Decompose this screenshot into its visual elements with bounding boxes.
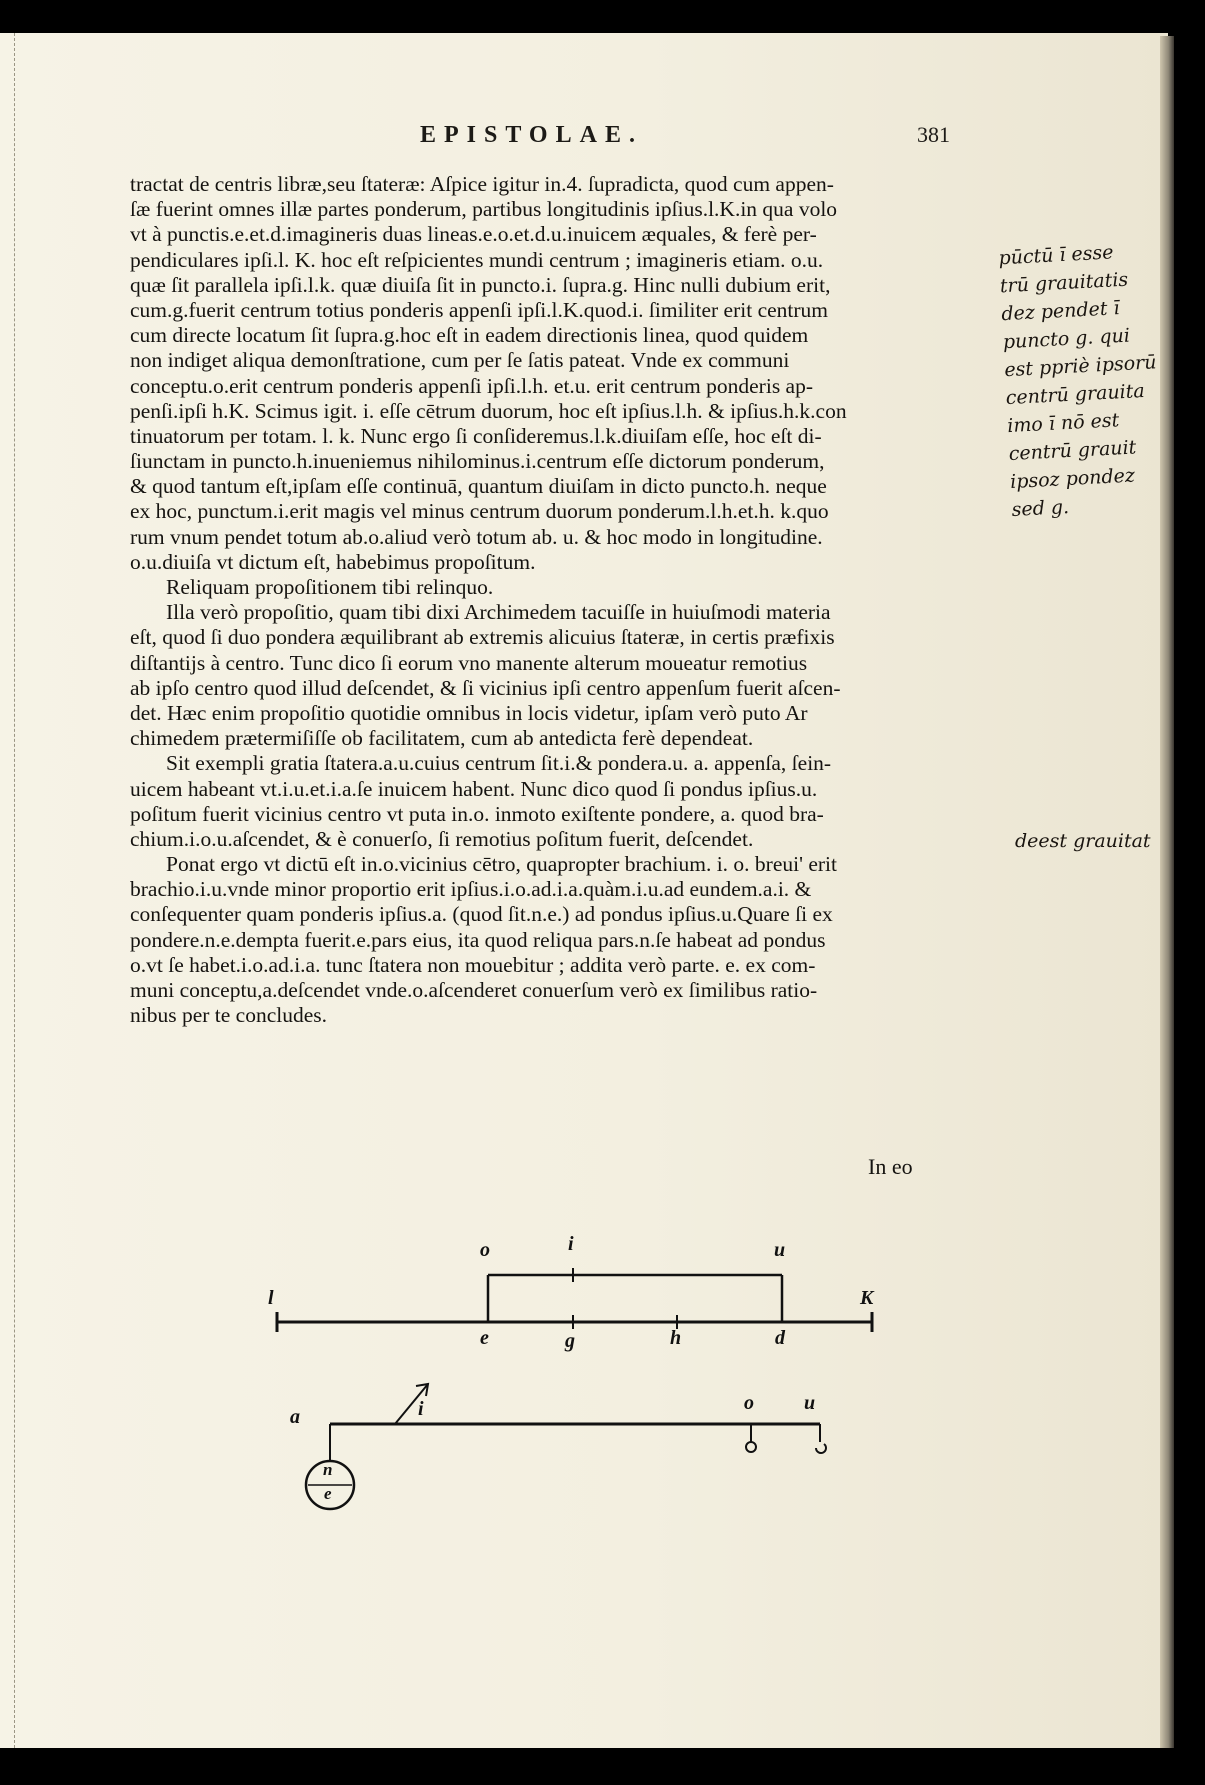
text-line: chium.i.o.u.aſcendet, & è conuerſo, ſi r… — [130, 827, 990, 852]
text-line: diſtantijs à centro. Tunc dico ſi eorum … — [130, 651, 990, 676]
text-line: ſæ fuerint omnes illæ partes ponderum, p… — [130, 197, 990, 222]
text-line: nibus per te concludes. — [130, 1003, 990, 1028]
text-line: poſitum fuerit vicinius centro vt puta i… — [130, 802, 990, 827]
text-line: ex hoc, punctum.i.erit magis vel minus c… — [130, 499, 990, 524]
text-line: ab ipſo centro quod illud deſcendet, & ſ… — [130, 676, 990, 701]
paragraph-reliquam: Reliquam propoſitionem tibi relinquo. — [130, 575, 990, 600]
text-line: cum directe locatum ſit ſupra.g.hoc eſt … — [130, 323, 990, 348]
text-line: brachio.i.u.vnde minor proportio erit ip… — [130, 877, 990, 902]
text-line: eſt, quod ſi duo pondera æquilibrant ab … — [130, 625, 990, 650]
text-line: cum.g.fuerit centrum totius ponderis app… — [130, 298, 990, 323]
text-line: quæ ſit parallela ipſi.l.k. quæ diuiſa ſ… — [130, 273, 990, 298]
text-line: tractat de centris libræ,seu ſtateræ: Aſ… — [130, 172, 990, 197]
text-line: conſequenter quam ponderis ipſius.a. (qu… — [130, 902, 990, 927]
label-a: a — [290, 1406, 300, 1429]
text-line: uicem habeant vt.i.u.et.i.a.ſe inuicem h… — [130, 777, 990, 802]
label-i: i — [418, 1398, 424, 1421]
page-fore-edge — [1160, 36, 1174, 1748]
running-title: EPISTOLAE. — [420, 122, 643, 149]
text-line: vt à punctis.e.et.d.imagineris duas line… — [130, 222, 990, 247]
label-e: e — [324, 1484, 332, 1504]
label-i: i — [568, 1233, 574, 1256]
handwritten-marginal-note: pūctū ī esse trū grauitatis dez pendet ī… — [998, 236, 1172, 524]
text-line: Sit exempli gratia ſtatera.a.u.cuius cen… — [130, 751, 990, 776]
text-line: det. Hæc enim propoſitio quotidie omnibu… — [130, 701, 990, 726]
text-line: Illa verò propoſitio, quam tibi dixi Arc… — [130, 600, 990, 625]
text-line: muni conceptu,a.deſcendet vnde.o.aſcende… — [130, 978, 990, 1003]
text-line: tinuatorum per totam. l. k. Nunc ergo ſi… — [130, 424, 990, 449]
steelyard-diagram-lines — [300, 1380, 860, 1530]
label-o: o — [744, 1392, 754, 1415]
label-u: u — [804, 1392, 815, 1415]
text-line: rum vnum pendet totum ab.o.aliud verò to… — [130, 525, 990, 550]
label-o: o — [480, 1239, 490, 1262]
text-line: conceptu.o.erit centrum ponderis appenſi… — [130, 374, 990, 399]
body-text: tractat de centris libræ,seu ſtateræ: Aſ… — [130, 172, 990, 1028]
text-line: ſiunctam in puncto.h.inueniemus nihilomi… — [130, 449, 990, 474]
text-line: o.u.diuiſa vt dictum eſt, habebimus prop… — [130, 550, 990, 575]
figure-steelyard-diagram: a i o u n e — [300, 1380, 860, 1530]
text-line: & quod tantum eſt,ipſam eſſe continuā, q… — [130, 474, 990, 499]
label-k: K — [860, 1287, 873, 1310]
running-head: EPISTOLAE. 381 — [360, 122, 1000, 156]
page-number: 381 — [917, 122, 950, 148]
text-line: Ponat ergo vt dictū eſt in.o.vicinius cē… — [130, 852, 990, 877]
text-line: pendiculares ipſi.l. K. hoc eſt reſpicie… — [130, 248, 990, 273]
label-l: l — [268, 1287, 274, 1310]
label-g: g — [565, 1330, 575, 1353]
label-d: d — [775, 1327, 785, 1350]
text-line: o.vt ſe habet.i.o.ad.i.a. tunc ſtatera n… — [130, 953, 990, 978]
figure-balance-diagram: l K e g h d o i u — [260, 1235, 880, 1355]
text-line: non indiget aliqua demonſtratione, cum p… — [130, 348, 990, 373]
text-line: penſi.ipſi h.K. Scimus igit. i. eſſe cēt… — [130, 399, 990, 424]
binding-edge — [14, 33, 23, 1748]
text-line: pondere.n.e.dempta fuerit.e.pars eius, i… — [130, 928, 990, 953]
label-e: e — [480, 1327, 489, 1350]
catchword: In eo — [868, 1154, 913, 1180]
text-line: chimedem prætermiſiſſe ob facilitatem, c… — [130, 726, 990, 751]
label-h: h — [670, 1327, 681, 1350]
handwritten-marginal-note-2: deest grauitat — [1015, 830, 1165, 852]
label-n: n — [323, 1460, 332, 1480]
label-u: u — [774, 1239, 785, 1262]
